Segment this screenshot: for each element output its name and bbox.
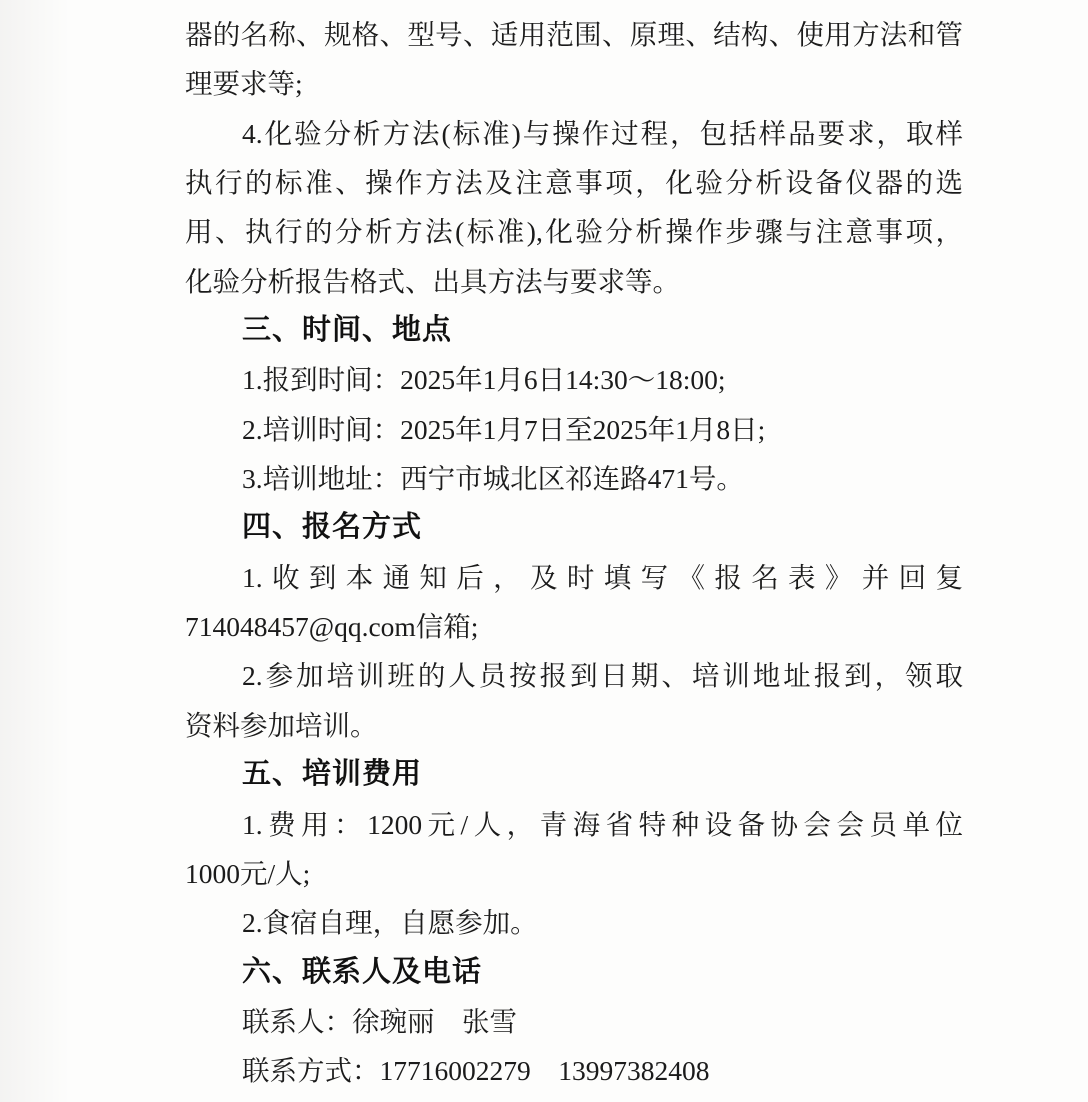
line-registration-email: 714048457@qq.com信箱; — [185, 602, 963, 651]
body-line-equipment-names: 器的名称、规格、型号、适用范围、原理、结构、使用方法和管 — [185, 10, 963, 59]
line-fee-amount-2: 1000元/人; — [185, 849, 963, 898]
line-training-address: 3.培训地址：西宁市城北区祁连路471号。 — [185, 454, 963, 503]
line-registration-time: 1.报到时间：2025年1月6日14:30～18:00; — [185, 355, 963, 404]
line-fee-amount-1: 1.费用：1200元/人，青海省特种设备协会会员单位 — [185, 800, 963, 849]
body-line-management-requirements: 理要求等; — [185, 59, 963, 108]
scan-edge-shading — [0, 0, 70, 1102]
body-line-analysis-methods-1: 4.化验分析方法(标准)与操作过程，包括样品要求，取样 — [185, 109, 963, 158]
body-line-analysis-methods-3: 用、执行的分析方法(标准),化验分析操作步骤与注意事项， — [185, 207, 963, 256]
line-contact-phone: 联系方式：17716002279 13997382408 — [185, 1046, 963, 1095]
document-text-block: 器的名称、规格、型号、适用范围、原理、结构、使用方法和管 理要求等; 4.化验分… — [185, 10, 963, 1096]
line-training-time: 2.培训时间：2025年1月7日至2025年1月8日; — [185, 405, 963, 454]
line-registration-step-2b: 资料参加培训。 — [185, 701, 963, 750]
heading-training-fee: 五、培训费用 — [185, 750, 963, 799]
body-line-analysis-methods-4: 化验分析报告格式、出具方法与要求等。 — [185, 257, 963, 306]
line-registration-step-2a: 2.参加培训班的人员按报到日期、培训地址报到，领取 — [185, 651, 963, 700]
line-contact-person: 联系人：徐琬丽 张雪 — [185, 997, 963, 1046]
heading-registration-method: 四、报名方式 — [185, 503, 963, 552]
document-page: 器的名称、规格、型号、适用范围、原理、结构、使用方法和管 理要求等; 4.化验分… — [0, 0, 1088, 1102]
heading-time-location: 三、时间、地点 — [185, 306, 963, 355]
line-registration-step-1: 1.收到本通知后，及时填写《报名表》并回复 — [185, 553, 963, 602]
line-fee-lodging: 2.食宿自理，自愿参加。 — [185, 898, 963, 947]
heading-contact: 六、联系人及电话 — [185, 948, 963, 997]
body-line-analysis-methods-2: 执行的标准、操作方法及注意事项，化验分析设备仪器的选 — [185, 158, 963, 207]
